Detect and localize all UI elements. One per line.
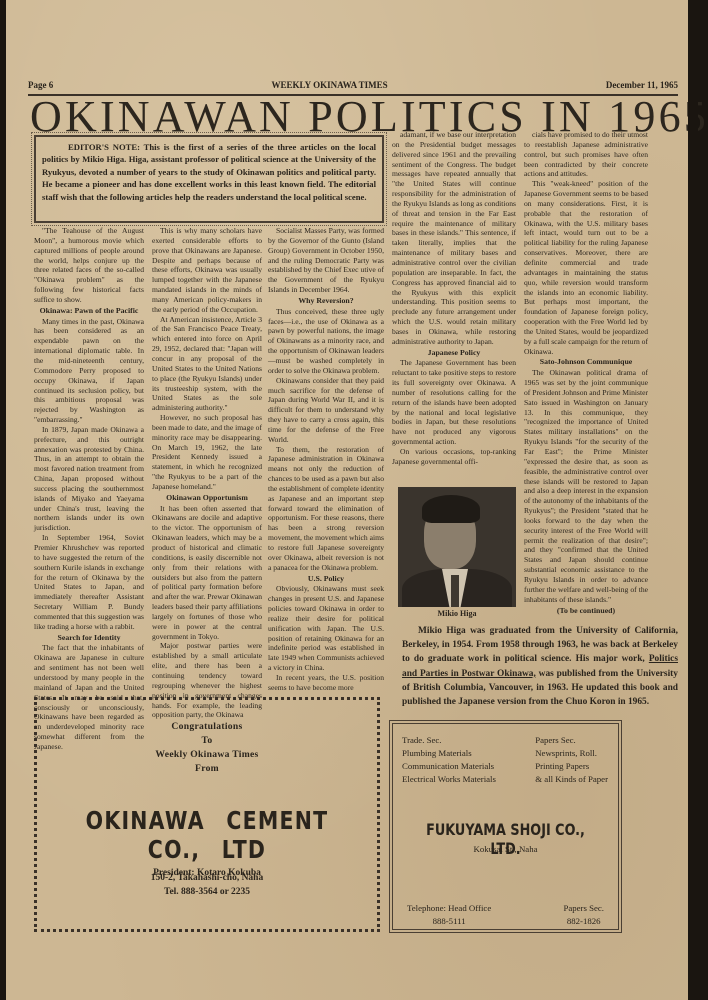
list-item: Electrical Works Materials <box>402 773 496 786</box>
editors-note-text: EDITOR'S NOTE: This is the first of a se… <box>42 141 376 203</box>
paragraph: At American insistence, Article 3 of the… <box>152 315 262 413</box>
paragraph: In September 1964, Soviet Premier Khrush… <box>34 533 144 631</box>
paragraph: This "weak-kneed" position of the Japane… <box>524 179 648 356</box>
subheading: Why Reversion? <box>268 296 384 306</box>
ad-head-office-phone: Telephone: Head Office 888-5111 <box>407 902 491 928</box>
subheading: Search for Identity <box>34 633 144 643</box>
ad-line: Weekly Okinawa Times <box>37 748 377 762</box>
paragraph: Socialist Masses Party, was formed by th… <box>268 226 384 295</box>
ad-papers-section-list: Papers Sec. Newsprints, Roll. Printing P… <box>535 734 608 786</box>
paragraph: Obviously, Okinawans must seek changes i… <box>268 584 384 673</box>
list-item: Papers Sec. <box>535 734 608 747</box>
page-edge <box>688 0 698 1000</box>
ad-fukuyama-shoji: Trade. Sec. Plumbing Materials Communica… <box>389 720 622 933</box>
ad-line: From <box>37 762 377 776</box>
ad-telephone: Tel. 888-3564 or 2235 <box>37 885 377 899</box>
paragraph: cials have promised to do their utmost t… <box>524 130 648 179</box>
paragraph: This is why many scholars have exerted c… <box>152 226 262 315</box>
article-column-1: "The Teahouse of the August Moon", a hum… <box>34 226 144 752</box>
paragraph: The Japanese Government has been relucta… <box>392 358 516 447</box>
phone-number: 888-5111 <box>407 915 491 928</box>
paragraph: The Okinawan political drama of 1965 was… <box>524 368 648 604</box>
photo-caption: Mikio Higa <box>398 609 516 618</box>
list-item: Printing Papers <box>535 760 608 773</box>
subheading: Okinawa: Pawn of the Pacific <box>34 306 144 316</box>
paragraph: In recent years, the U.S. position seems… <box>268 673 384 693</box>
paragraph: Many times in the past, Okinawa has been… <box>34 317 144 425</box>
ad-company-name: OKINAWA CEMENT CO., LTD <box>68 806 347 864</box>
paragraph: In 1879, Japan made Okinawa a prefecture… <box>34 425 144 533</box>
phone-label: Papers Sec. <box>563 902 604 915</box>
list-item: Plumbing Materials <box>402 747 496 760</box>
phone-label: Telephone: Head Office <box>407 902 491 915</box>
paragraph: However, no such proposal has been made … <box>152 413 262 492</box>
paragraph: "The Teahouse of the August Moon", a hum… <box>34 226 144 305</box>
paragraph: adamant, if we base our interpretation o… <box>392 130 516 347</box>
subheading: Sato-Johnson Communique <box>524 357 648 367</box>
article-column-4: adamant, if we base our interpretation o… <box>392 130 516 467</box>
subheading: Okinawan Opportunism <box>152 493 262 503</box>
ad-trade-section-list: Trade. Sec. Plumbing Materials Communica… <box>402 734 496 786</box>
article-column-3: Socialist Masses Party, was formed by th… <box>268 226 384 693</box>
ad-line: To <box>37 734 377 748</box>
article-column-5: cials have promised to do their utmost t… <box>524 130 648 616</box>
paragraph: Okinawans consider that they paid much s… <box>268 376 384 445</box>
bio-text: Mikio Higa was graduated from the Univer… <box>402 626 678 664</box>
paragraph: On various occasions, top-ranking Japane… <box>392 447 516 467</box>
phone-number: 882-1826 <box>563 915 604 928</box>
subheading: U.S. Policy <box>268 574 384 584</box>
ad-okinawa-cement: Congratulations To Weekly Okinawa Times … <box>34 697 380 932</box>
ad-address: 150-2, Takahashi-cho, Naha <box>37 871 377 885</box>
subheading: Japanese Policy <box>392 348 516 358</box>
editors-note-box: EDITOR'S NOTE: This is the first of a se… <box>34 135 384 223</box>
paragraph: It has been often asserted that Okinawan… <box>152 504 262 642</box>
article-column-2: This is why many scholars have exerted c… <box>152 226 262 720</box>
ad-papers-phone: Papers Sec. 882-1826 <box>563 902 604 928</box>
list-item: Communication Materials <box>402 760 496 773</box>
to-be-continued: (To be continued) <box>524 606 648 616</box>
paragraph: Thus conceived, these three ugly faces—i… <box>268 307 384 376</box>
paragraph: To them, the restoration of Japanese adm… <box>268 445 384 573</box>
list-item: Trade. Sec. <box>402 734 496 747</box>
ad-location: Kokusai St., Naha <box>393 844 618 854</box>
list-item: Newsprints, Roll. <box>535 747 608 760</box>
ad-line: Congratulations <box>37 720 377 734</box>
portrait-photo-icon <box>398 487 516 607</box>
author-bio: Mikio Higa was graduated from the Univer… <box>402 624 678 709</box>
list-item: & all Kinds of Paper <box>535 773 608 786</box>
newspaper-page: Page 6 WEEKLY OKINAWA TIMES December 11,… <box>6 0 698 1000</box>
